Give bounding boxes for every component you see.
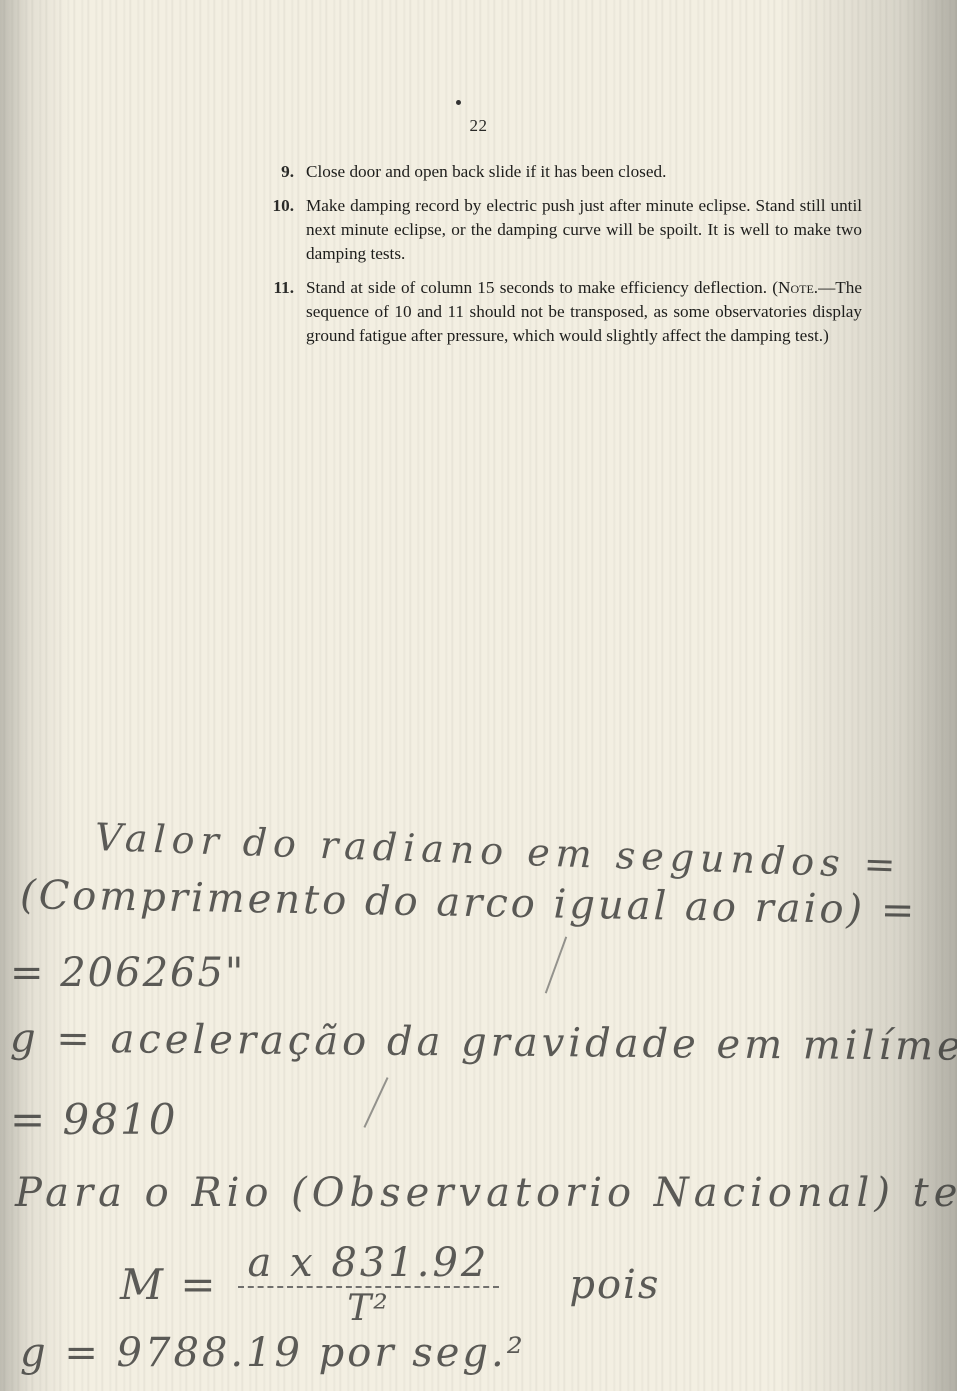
page-number: 22 [0, 116, 957, 136]
formula-lhs: M = [120, 1260, 218, 1309]
handwritten-line-rio-observatory: Para o Rio (Observatorio Nacional) teria [15, 1170, 957, 1216]
pencil-stroke [545, 936, 567, 993]
step-item: 9. Close door and open back slide if it … [258, 160, 862, 184]
formula-fraction: a x 831.92 T² [238, 1240, 500, 1329]
step-text: Stand at side of column 15 seconds to ma… [306, 276, 862, 348]
step-number: 11. [258, 276, 306, 348]
step-text: Make damping record by electric push jus… [306, 194, 862, 266]
handwritten-formula: M = a x 831.92 T² pois [120, 1240, 660, 1329]
handwritten-line-9810: = 9810 [10, 1095, 177, 1144]
pencil-stroke [363, 1077, 388, 1128]
formula-numerator: a x 831.92 [238, 1240, 500, 1288]
step-text-before-note: Stand at side of column 15 seconds to ma… [306, 278, 778, 297]
step-number: 10. [258, 194, 306, 266]
step-number: 9. [258, 160, 306, 184]
handwritten-line-rio-gravity: g = 9788.19 por seg.² [20, 1330, 526, 1376]
step-item: 11. Stand at side of column 15 seconds t… [258, 276, 862, 348]
handwritten-line-gravity-definition: g = aceleração da gravidade em milímetro… [10, 1015, 957, 1070]
step-text: Close door and open back slide if it has… [306, 160, 862, 184]
note-label: Note. [778, 278, 818, 297]
handwritten-line-206265: = 206265" [10, 950, 245, 996]
formula-denominator: T² [347, 1288, 389, 1329]
formula-suffix: pois [569, 1262, 660, 1308]
step-item: 10. Make damping record by electric push… [258, 194, 862, 266]
printed-steps-list: 9. Close door and open back slide if it … [258, 160, 862, 358]
page-mark-dot [456, 100, 461, 105]
